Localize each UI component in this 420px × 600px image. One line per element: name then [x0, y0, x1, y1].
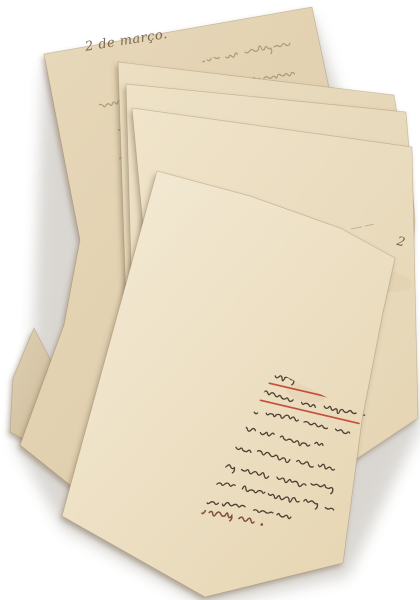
manuscript-stack-graphic: [0, 0, 420, 600]
manuscript-photo: 2 de março. 2: [0, 0, 420, 600]
